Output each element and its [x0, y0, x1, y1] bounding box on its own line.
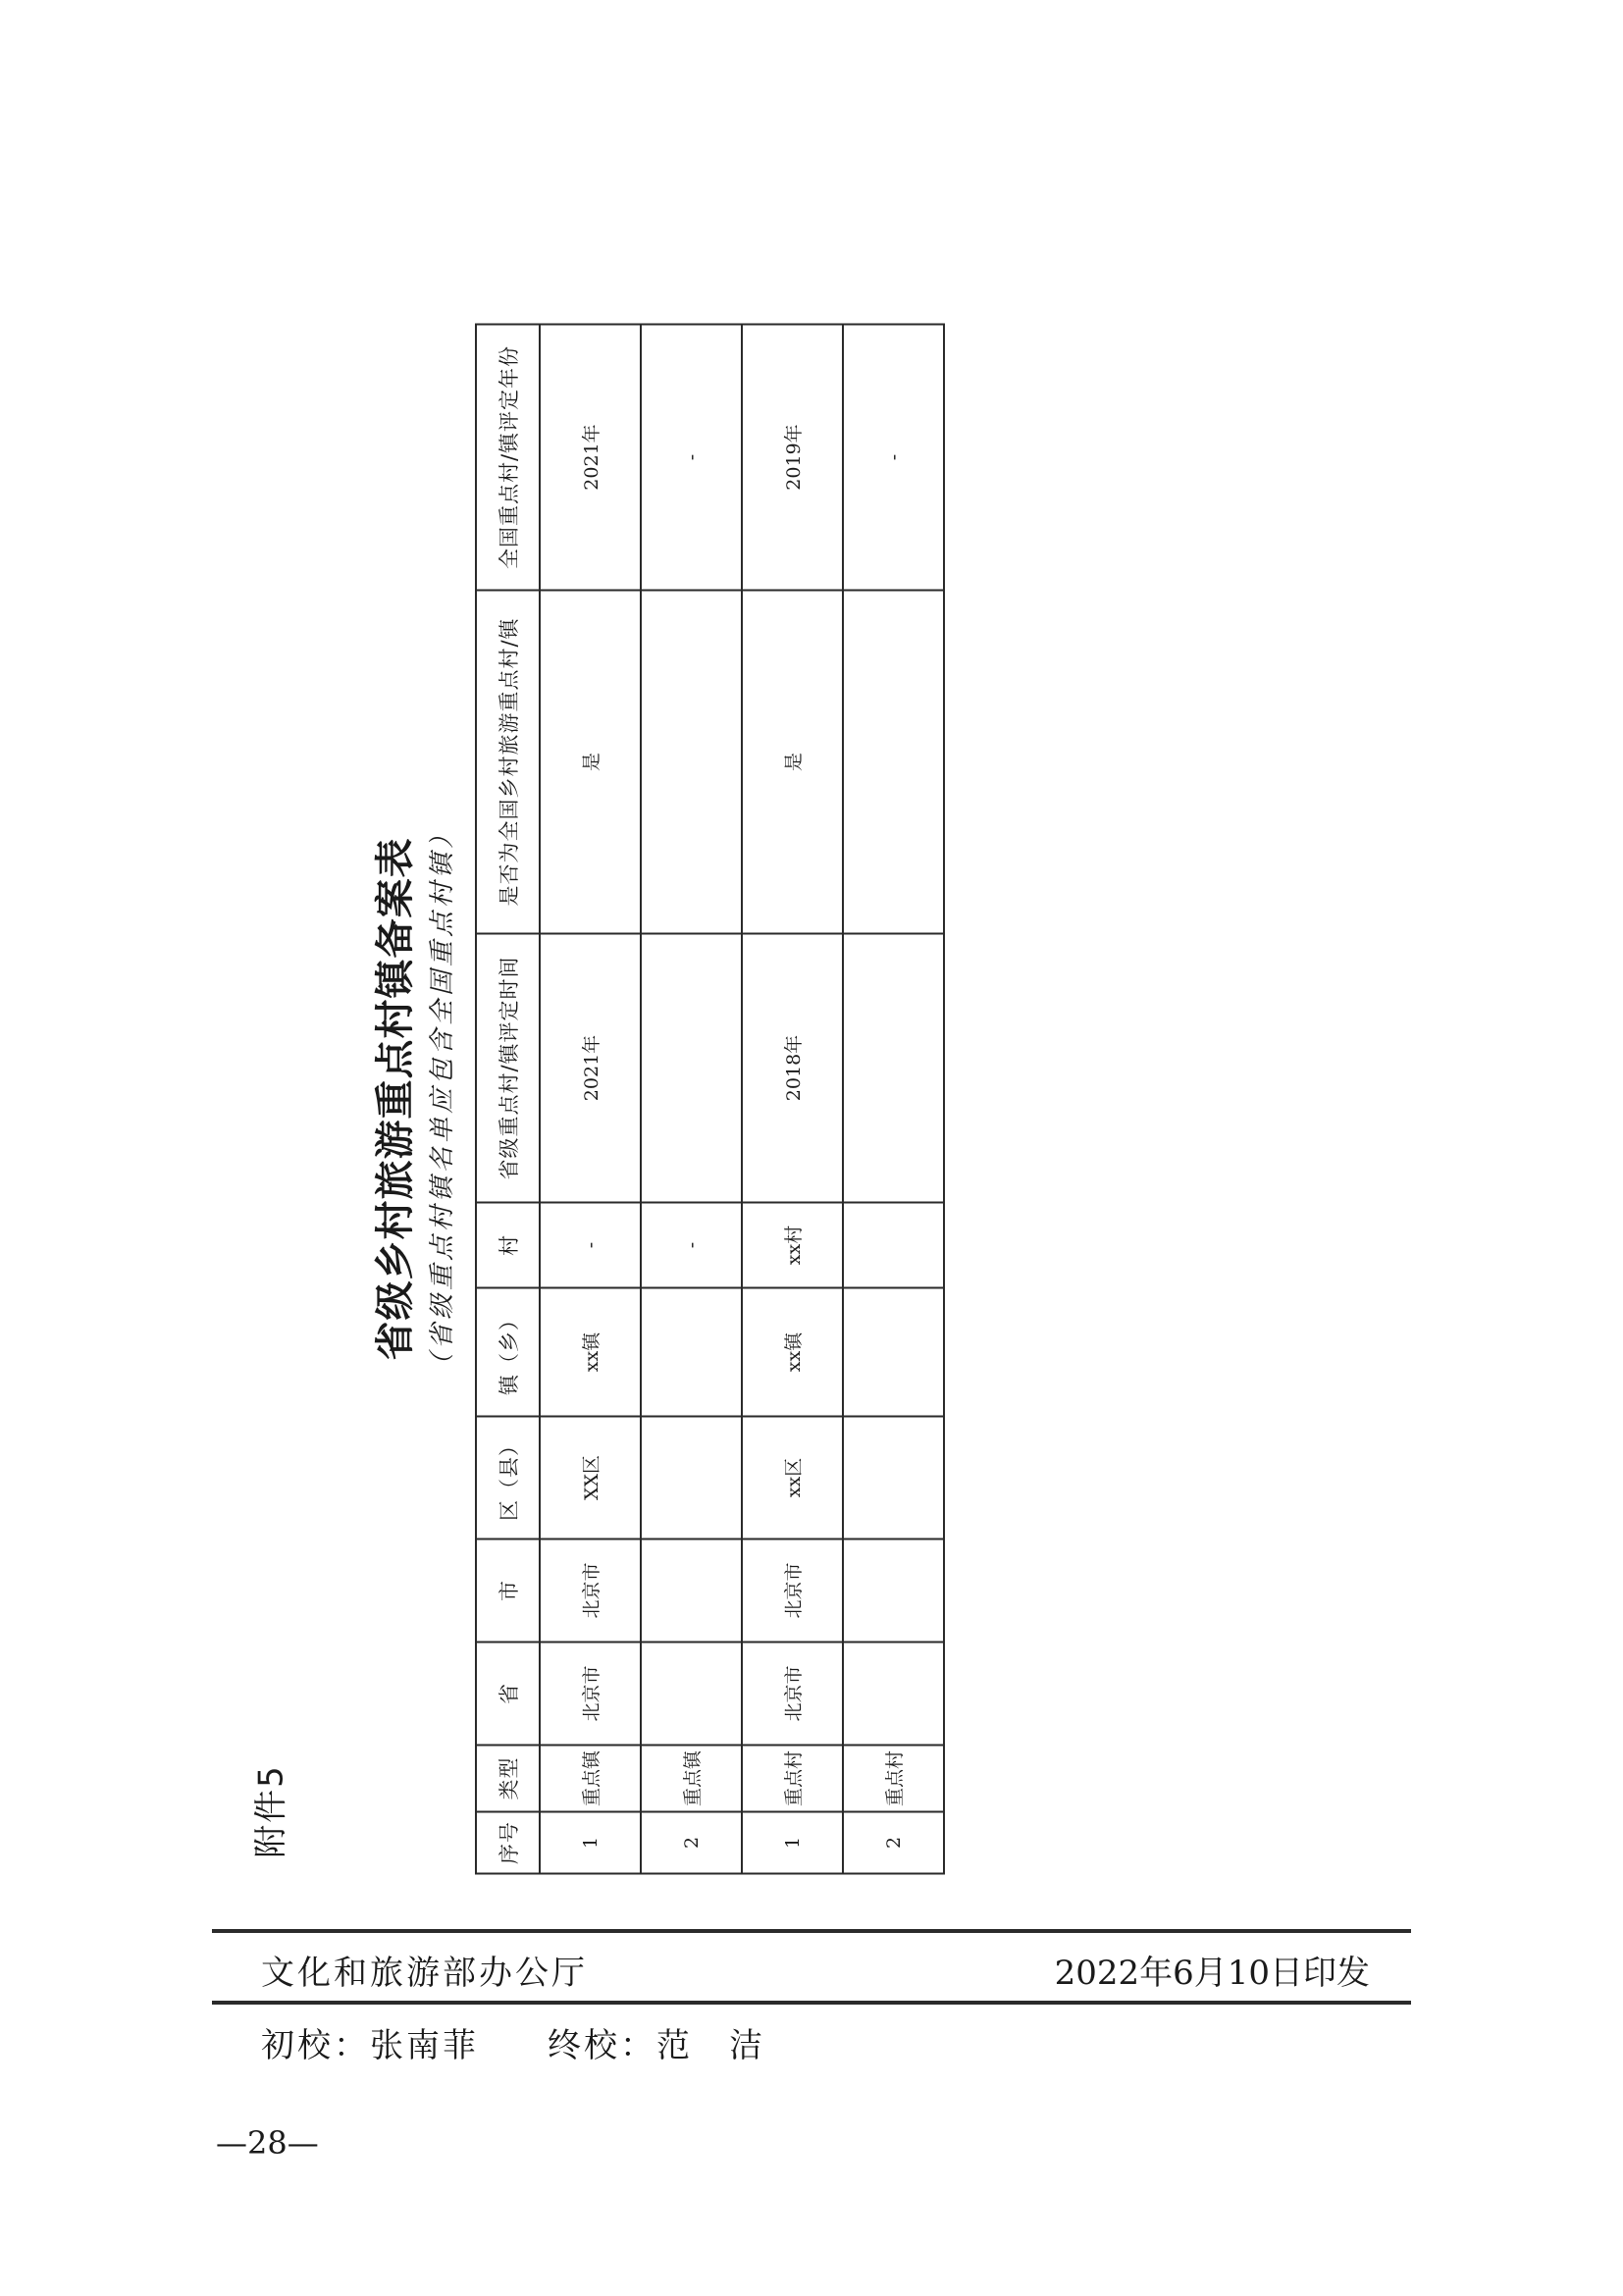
header-city: 市	[476, 1539, 540, 1642]
cell-province	[641, 1642, 742, 1745]
cell-is-national	[641, 590, 742, 933]
cell-province: 北京市	[540, 1642, 641, 1745]
header-type: 类型	[476, 1745, 540, 1811]
cell-village: -	[540, 1202, 641, 1287]
cell-type: 重点镇	[540, 1745, 641, 1811]
table-header-row: 序号 类型 省 市 区（县） 镇（乡） 村 省级重点村/镇评定时间 是否为全国乡…	[476, 324, 540, 1873]
header-province: 省	[476, 1642, 540, 1745]
table-row: 1重点村北京市北京市xx区xx镇xx村2018年是2019年	[742, 324, 843, 1873]
attachment-label: 附件5	[243, 1752, 292, 1870]
page-subtitle: （省级重点村镇名单应包含全国重点村镇）	[423, 814, 462, 1383]
cell-city	[843, 1539, 944, 1642]
final-proofreader-label: 终校：	[548, 2026, 656, 2065]
header-index: 序号	[476, 1811, 540, 1873]
table-row: 2重点镇--	[641, 324, 742, 1873]
page-title: 省级乡村旅游重点村镇备案表	[368, 814, 423, 1383]
header-national-year: 全国重点村/镇评定年份	[476, 324, 540, 590]
cell-index: 1	[540, 1811, 641, 1873]
header-village: 村	[476, 1202, 540, 1287]
cell-city	[641, 1539, 742, 1642]
header-district: 区（县）	[476, 1416, 540, 1539]
header-is-national: 是否为全国乡村旅游重点村/镇	[476, 590, 540, 933]
title-block: 省级乡村旅游重点村镇备案表 （省级重点村镇名单应包含全国重点村镇）	[361, 814, 469, 1383]
cell-city: 北京市	[540, 1539, 641, 1642]
cell-district: xx区	[742, 1416, 843, 1539]
issue-date: 2022年6月10日印发	[1055, 1946, 1370, 1994]
first-proofreader-label: 初校：	[261, 2026, 370, 2065]
cell-type: 重点镇	[641, 1745, 742, 1811]
cell-type: 重点村	[742, 1745, 843, 1811]
table-row: 2重点村-	[843, 324, 944, 1873]
first-proofreader: 张南菲	[370, 2026, 479, 2065]
cell-town: xx镇	[540, 1287, 641, 1416]
proofreaders: 初校：张南菲终校：范 洁	[261, 2018, 765, 2066]
table-row: 1重点镇北京市北京市XX区xx镇-2021年是2021年	[540, 324, 641, 1873]
record-table-container: 序号 类型 省 市 区（县） 镇（乡） 村 省级重点村/镇评定时间 是否为全国乡…	[475, 325, 936, 1874]
final-proofreader: 范 洁	[656, 2026, 765, 2065]
cell-national-year: 2021年	[540, 324, 641, 590]
cell-town	[641, 1287, 742, 1416]
cell-province	[843, 1642, 944, 1745]
cell-index: 2	[641, 1811, 742, 1873]
header-provincial-date: 省级重点村/镇评定时间	[476, 933, 540, 1202]
cell-provincial-date: 2021年	[540, 933, 641, 1202]
header-town: 镇（乡）	[476, 1287, 540, 1416]
cell-village	[843, 1202, 944, 1287]
cell-is-national: 是	[742, 590, 843, 933]
cell-provincial-date	[843, 933, 944, 1202]
cell-is-national	[843, 590, 944, 933]
cell-city: 北京市	[742, 1539, 843, 1642]
cell-village: -	[641, 1202, 742, 1287]
record-table: 序号 类型 省 市 区（县） 镇（乡） 村 省级重点村/镇评定时间 是否为全国乡…	[475, 323, 945, 1874]
page-number: —28—	[216, 2124, 319, 2162]
cell-type: 重点村	[843, 1745, 944, 1811]
cell-village: xx村	[742, 1202, 843, 1287]
cell-index: 1	[742, 1811, 843, 1873]
cell-national-year: -	[641, 324, 742, 590]
cell-national-year: 2019年	[742, 324, 843, 590]
cell-is-national: 是	[540, 590, 641, 933]
cell-town: xx镇	[742, 1287, 843, 1416]
cell-provincial-date: 2018年	[742, 933, 843, 1202]
cell-index: 2	[843, 1811, 944, 1873]
footer-top-rule	[212, 1929, 1411, 1933]
cell-provincial-date	[641, 933, 742, 1202]
cell-national-year: -	[843, 324, 944, 590]
attachment-label-text: 附件5	[244, 1764, 292, 1858]
cell-district	[641, 1416, 742, 1539]
footer-bottom-rule	[212, 2001, 1411, 2005]
issuer: 文化和旅游部办公厅	[261, 1946, 588, 1994]
cell-district	[843, 1416, 944, 1539]
cell-town	[843, 1287, 944, 1416]
cell-district: XX区	[540, 1416, 641, 1539]
cell-province: 北京市	[742, 1642, 843, 1745]
